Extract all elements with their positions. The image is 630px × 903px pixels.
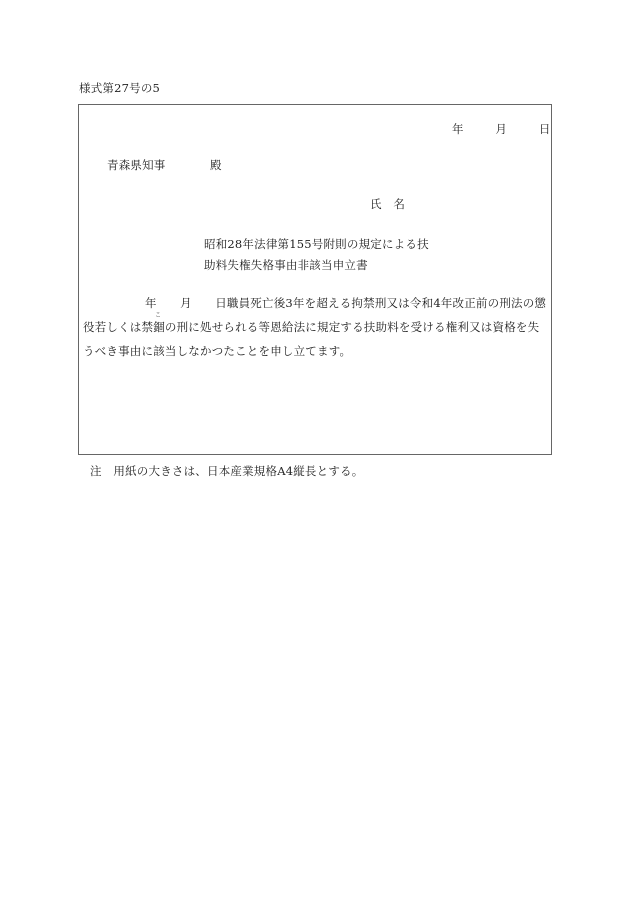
submission-date: 年 月 日	[452, 121, 551, 137]
ruby-annotation: こ	[155, 310, 161, 319]
document-title-line2: 助料失権失格事由非該当申立書	[204, 257, 368, 273]
document-title-line1: 昭和28年法律第155号附則の規定による扶	[204, 236, 429, 252]
addressee-governor: 青森県知事	[107, 157, 166, 173]
body-line1: 年 月 日職員死亡後3年を超える拘禁刑又は令和4年改正前の刑法の懲	[145, 295, 546, 311]
body-line2: 役若しくは禁錮の刑に処せられる等恩給法に規定する扶助料を受ける権利又は資格を失	[83, 319, 539, 335]
date-day-label: 日	[539, 121, 551, 137]
date-year-label: 年	[452, 121, 464, 137]
paper-size-note: 注 用紙の大きさは、日本産業規格A4縦長とする。	[90, 463, 363, 479]
body-line3: うべき事由に該当しなかつたことを申し立てます。	[83, 343, 351, 359]
date-month-label: 月	[495, 121, 507, 137]
applicant-name-label: 氏 名	[370, 196, 405, 212]
form-number: 様式第27号の5	[79, 80, 160, 96]
addressee-honorific: 殿	[210, 157, 222, 173]
